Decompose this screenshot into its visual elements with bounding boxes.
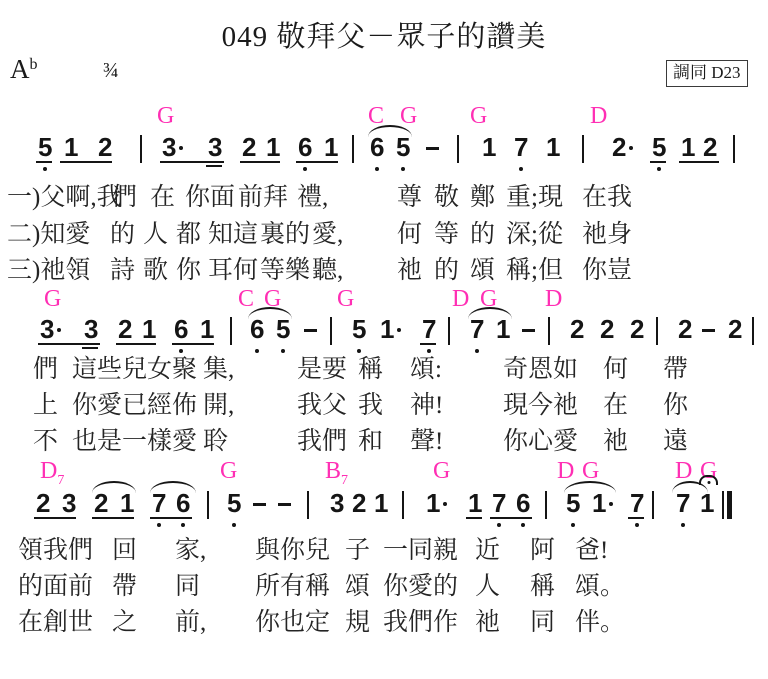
octave-dot [681,523,685,527]
chord-label: D [675,459,692,483]
note-number: 2 [352,490,366,516]
augmentation-dot [609,502,613,506]
slur-arc [92,481,136,493]
note-number: 1 [374,490,388,516]
octave-dot [521,523,525,527]
lyric-segment: 頌。 [575,573,625,601]
lyric-segment: 近 [475,537,500,565]
lyric-segment: 一同親 [383,537,458,565]
beam-line [466,517,482,519]
lyric-segment: 子 [345,537,370,565]
lyric-segment: 爸! [575,537,608,565]
lyric-segment: 的面前 [18,573,93,601]
lyric-segment: 與你兒 [255,537,330,565]
octave-dot [635,523,639,527]
lyric-segment: 你也定 [255,609,330,637]
barline [402,491,404,519]
octave-dot [157,523,161,527]
lyric-segment: 伴。 [575,609,625,637]
lyric-segment: 前, [175,609,206,637]
note-number: 3 [330,490,344,516]
beam-line [34,517,76,519]
note-number: 6 [516,490,530,516]
lyric-segment: 家, [175,537,206,565]
lyric-segment: 人 [475,573,500,601]
beam-line [628,517,644,519]
note-number: 7 [492,490,506,516]
chord-label: D [557,459,574,483]
music-system-3: D7GB7GDGDG2321765321117651771領我們回家,與你兒子一… [0,0,768,679]
chord-seventh: 7 [341,473,348,488]
lyric-segment: 同 [530,609,555,637]
final-barline-thin [722,491,724,519]
note-number: 2 [94,490,108,516]
lyric-segment: 你愛的 [383,573,458,601]
note-number: 1 [426,490,440,516]
barline [307,491,309,519]
lyric-segment: 稱 [530,573,555,601]
lyric-segment: 規 [345,609,370,637]
note-number: 7 [630,490,644,516]
lyric-segment: 領我們 [18,537,93,565]
lyric-segment: 頌 [345,573,370,601]
beam-line [92,517,134,519]
note-number: 3 [62,490,76,516]
lyric-segment: 在創世 [18,609,93,637]
barline [545,491,547,519]
note-number: 5 [566,490,580,516]
chord-label: D7 [40,459,64,483]
lyric-segment: 祂 [475,609,500,637]
lyric-segment: 帶 [112,573,137,601]
octave-dot [232,523,236,527]
note-number: 1 [120,490,134,516]
chord-label: G [433,459,450,483]
lyric-segment: 所有稱 [255,573,330,601]
barline [207,491,209,519]
barline [652,491,654,519]
lyric-segment: 同 [175,573,200,601]
note-number: 5 [227,490,241,516]
note-number: 2 [36,490,50,516]
lyric-segment: 我們作 [383,609,458,637]
beam-line [150,517,192,519]
chord-label: G [220,459,237,483]
augmentation-dot [443,502,447,506]
octave-dot [571,523,575,527]
octave-dot [181,523,185,527]
lyric-segment: 之 [112,609,137,637]
slur-arc [150,481,196,493]
chord-seventh: 7 [57,473,64,488]
note-number: 1 [592,490,606,516]
duration-dash [253,503,266,506]
beam-line [490,517,532,519]
chord-label: G [582,459,599,483]
note-number: 7 [152,490,166,516]
duration-dash [278,503,291,506]
lyric-segment: 阿 [530,537,555,565]
lyric-segment: 回 [112,537,137,565]
chord-label: B7 [325,459,348,483]
final-barline-thick [727,491,732,519]
note-number: 1 [468,490,482,516]
score-sheet: 049 敬拜父－眾子的讚美 Ab ¾ 調同 D23 GCGGD512332161… [0,0,768,679]
octave-dot [497,523,501,527]
note-number: 7 [676,490,690,516]
note-number: 6 [176,490,190,516]
note-number: 1 [700,490,714,516]
